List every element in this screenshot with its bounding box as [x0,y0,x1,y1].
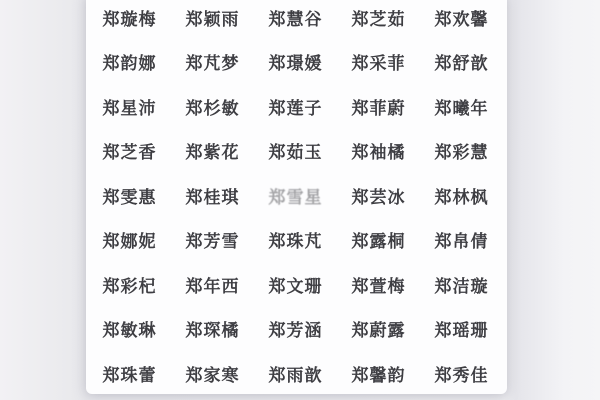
name-item[interactable]: 郑林枫 [435,183,489,208]
name-item[interactable]: 郑慧谷 [269,5,323,30]
name-item[interactable]: 郑敏琳 [103,316,157,341]
name-item[interactable]: 郑文珊 [269,272,323,297]
name-item[interactable]: 郑帛倩 [435,227,489,252]
name-item[interactable]: 郑珠芃 [269,227,323,252]
name-item[interactable]: 郑雯惠 [103,183,157,208]
name-item[interactable]: 郑曦年 [435,94,489,119]
name-item[interactable]: 郑茹玉 [269,138,323,163]
name-item[interactable]: 郑秀佳 [435,361,489,386]
name-item[interactable]: 郑瑶珊 [435,316,489,341]
name-item[interactable]: 郑娜妮 [103,227,157,252]
name-item[interactable]: 郑雪星 [269,183,323,208]
names-card: 郑璇梅郑颖雨郑慧谷郑芝茹郑欢馨郑韵娜郑芃梦郑璟媛郑采菲郑舒歆郑星沛郑杉敏郑莲子郑… [86,0,507,394]
names-grid: 郑璇梅郑颖雨郑慧谷郑芝茹郑欢馨郑韵娜郑芃梦郑璟媛郑采菲郑舒歆郑星沛郑杉敏郑莲子郑… [88,0,503,396]
name-item[interactable]: 郑珠蕾 [103,361,157,386]
name-item[interactable]: 郑雨歆 [269,361,323,386]
name-item[interactable]: 郑芸冰 [352,183,406,208]
page-background: 郑璇梅郑颖雨郑慧谷郑芝茹郑欢馨郑韵娜郑芃梦郑璟媛郑采菲郑舒歆郑星沛郑杉敏郑莲子郑… [0,0,600,400]
name-item[interactable]: 郑芃梦 [186,49,240,74]
name-item[interactable]: 郑袖橘 [352,138,406,163]
name-item[interactable]: 郑璇梅 [103,5,157,30]
name-item[interactable]: 郑莲子 [269,94,323,119]
name-item[interactable]: 郑蔚露 [352,316,406,341]
name-item[interactable]: 郑韵娜 [103,49,157,74]
name-item[interactable]: 郑洁璇 [435,272,489,297]
name-item[interactable]: 郑彩慧 [435,138,489,163]
name-item[interactable]: 郑杉敏 [186,94,240,119]
name-item[interactable]: 郑颖雨 [186,5,240,30]
name-item[interactable]: 郑星沛 [103,94,157,119]
name-item[interactable]: 郑紫花 [186,138,240,163]
name-item[interactable]: 郑芳雪 [186,227,240,252]
name-item[interactable]: 郑桂琪 [186,183,240,208]
name-item[interactable]: 郑舒歆 [435,49,489,74]
name-item[interactable]: 郑露桐 [352,227,406,252]
name-item[interactable]: 郑彩杞 [103,272,157,297]
name-item[interactable]: 郑馨韵 [352,361,406,386]
name-item[interactable]: 郑采菲 [352,49,406,74]
name-item[interactable]: 郑欢馨 [435,5,489,30]
name-item[interactable]: 郑萱梅 [352,272,406,297]
name-item[interactable]: 郑菲蔚 [352,94,406,119]
name-item[interactable]: 郑芝香 [103,138,157,163]
name-item[interactable]: 郑璟媛 [269,49,323,74]
name-item[interactable]: 郑芳涵 [269,316,323,341]
name-item[interactable]: 郑琛橘 [186,316,240,341]
name-item[interactable]: 郑芝茹 [352,5,406,30]
name-item[interactable]: 郑年西 [186,272,240,297]
name-item[interactable]: 郑家寒 [186,361,240,386]
